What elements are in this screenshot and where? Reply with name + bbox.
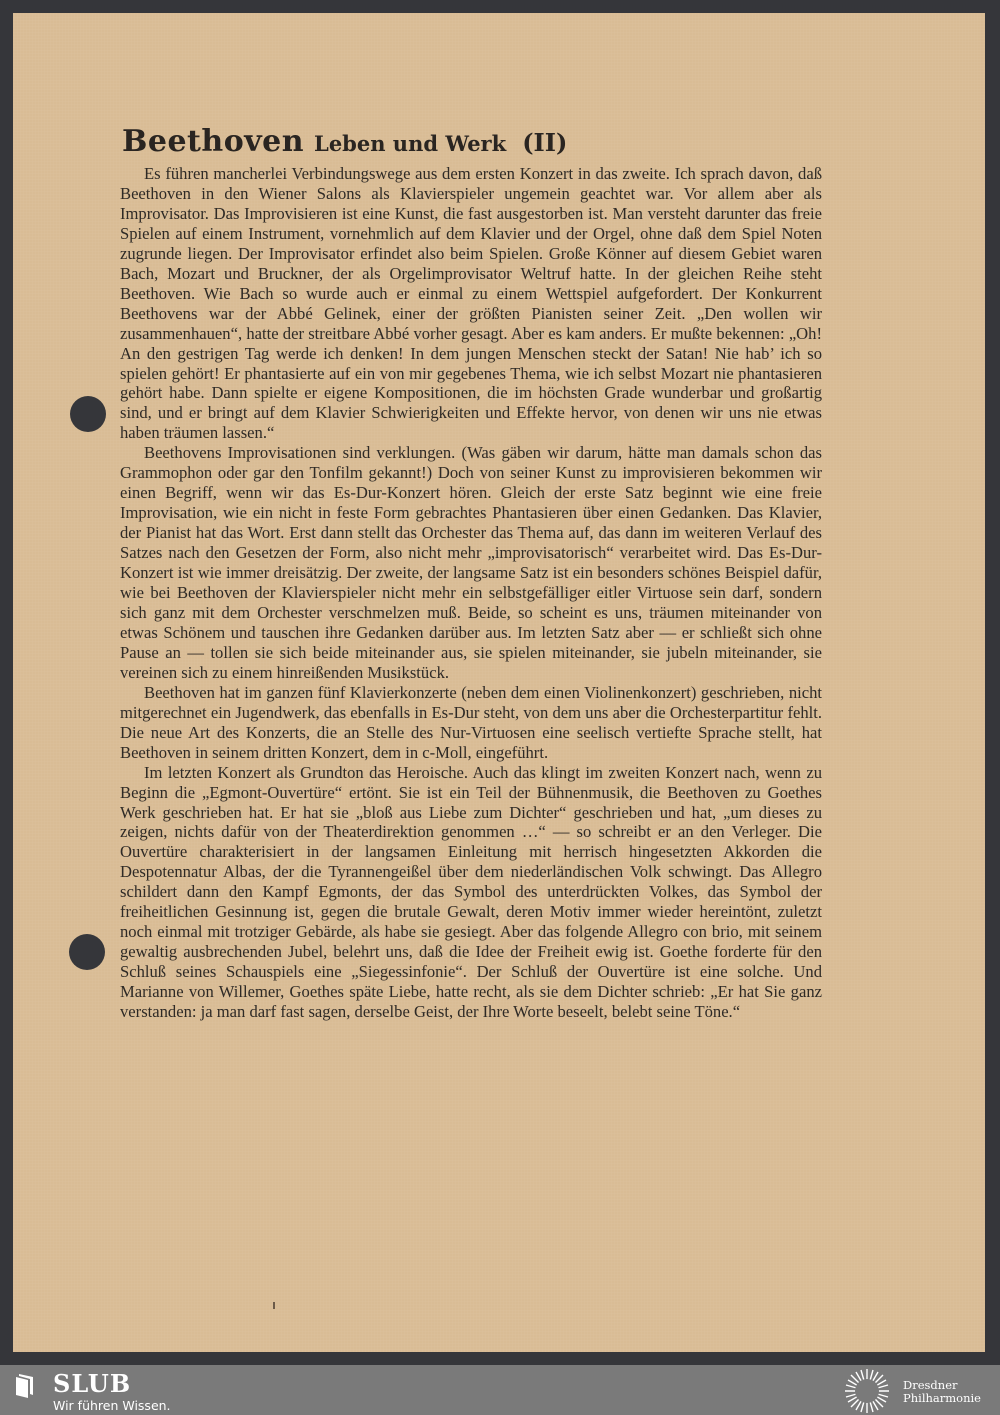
slub-logo-tagline: Wir führen Wissen.	[53, 1398, 171, 1413]
paragraph: Beethoven hat im ganzen fünf Klavierkonz…	[120, 683, 822, 763]
paragraph: Im letzten Konzert als Grundton das Hero…	[120, 763, 822, 1022]
page-mark	[273, 1302, 275, 1309]
title-part-number: (II)	[522, 128, 567, 157]
slub-logo-name: SLUB	[53, 1369, 131, 1398]
article-body: Es führen mancherlei Verbindungswege aus…	[120, 164, 822, 1022]
paragraph: Beethovens Improvisationen sind verklung…	[120, 443, 822, 682]
book-icon	[14, 1373, 38, 1399]
title-subtitle: Leben und Werk	[314, 131, 506, 156]
title-main: Beethoven	[122, 124, 304, 159]
sunburst-icon	[843, 1367, 891, 1415]
philharmonie-line2: Philharmonie	[903, 1392, 981, 1405]
punch-hole-top	[70, 396, 106, 432]
page-title: BeethovenLeben und Werk(II)	[122, 124, 567, 159]
footer-bar: SLUB Wir führen Wissen. Dresdner Philhar…	[0, 1365, 1000, 1415]
philharmonie-logo-name: Dresdner Philharmonie	[903, 1379, 981, 1405]
punch-hole-bottom	[69, 934, 105, 970]
paragraph: Es führen mancherlei Verbindungswege aus…	[120, 164, 822, 443]
